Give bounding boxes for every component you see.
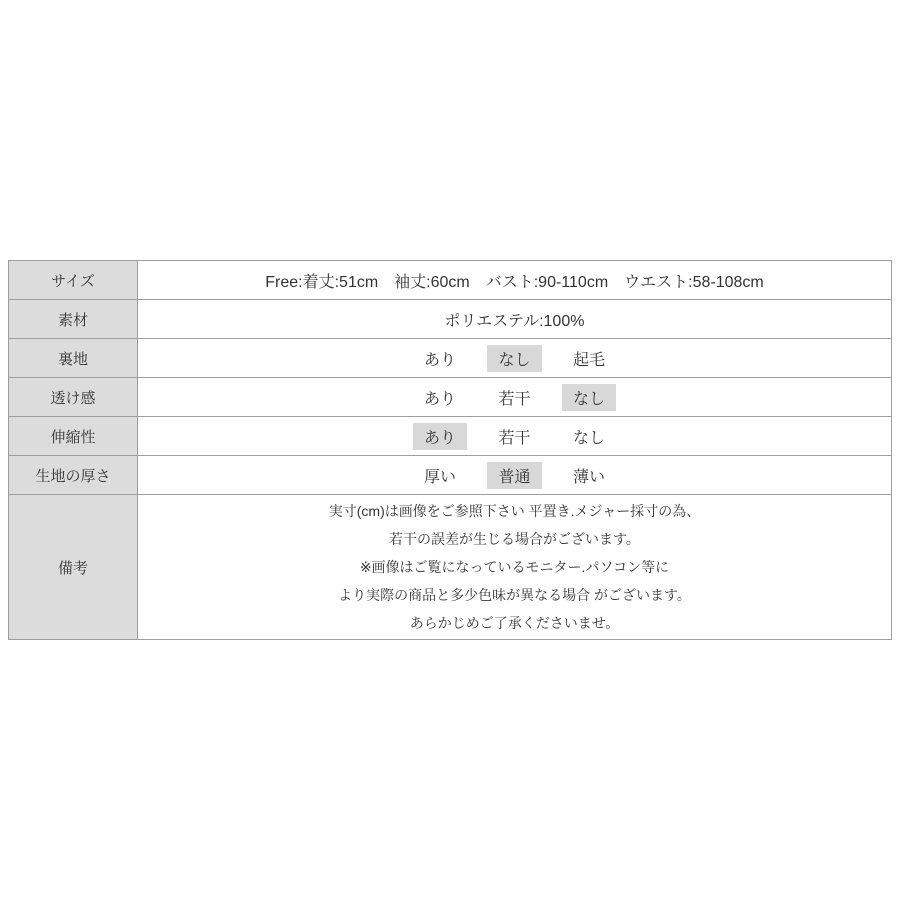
option-pill: 若干: [487, 423, 541, 450]
table-row-sheerness: 透け感 あり 若干 なし: [9, 378, 892, 417]
product-spec-page: サイズ Free:着丈:51cm 袖丈:60cm バスト:90-110cm ウエ…: [0, 0, 900, 900]
notes-line: 若干の誤差が生じる場合がございます。: [138, 525, 891, 553]
size-value-cell: Free:着丈:51cm 袖丈:60cm バスト:90-110cm ウエスト:5…: [138, 261, 892, 300]
table-row-material: 素材 ポリエステル:100%: [9, 300, 892, 339]
option-pill: 普通: [487, 462, 541, 489]
size-value: Free:着丈:51cm 袖丈:60cm バスト:90-110cm ウエスト:5…: [265, 274, 764, 291]
material-value-cell: ポリエステル:100%: [138, 300, 892, 339]
table-row-stretch: 伸縮性 あり 若干 なし: [9, 417, 892, 456]
row-label-notes: 備考: [9, 495, 138, 640]
option-pill: なし: [562, 423, 616, 450]
table-row-size: サイズ Free:着丈:51cm 袖丈:60cm バスト:90-110cm ウエ…: [9, 261, 892, 300]
row-label-material: 素材: [9, 300, 138, 339]
notes-line: より実際の商品と多少色味が異なる場合 がございます。: [138, 581, 891, 609]
row-label-size: サイズ: [9, 261, 138, 300]
option-pill: なし: [562, 384, 616, 411]
notes-line: ※画像はご覧になっているモニター.パソコン等に: [138, 553, 891, 581]
option-pill: 起毛: [562, 345, 616, 372]
option-pill: あり: [413, 345, 467, 372]
sheerness-options-cell: あり 若干 なし: [138, 378, 892, 417]
row-label-stretch: 伸縮性: [9, 417, 138, 456]
thickness-options-cell: 厚い 普通 薄い: [138, 456, 892, 495]
row-label-lining: 裏地: [9, 339, 138, 378]
option-pill: なし: [487, 345, 541, 372]
option-pill: 薄い: [562, 462, 616, 489]
notes-cell: 実寸(cm)は画像をご参照下さい 平置き.メジャー採寸の為、 若干の誤差が生じる…: [138, 495, 892, 640]
table-row-thickness: 生地の厚さ 厚い 普通 薄い: [9, 456, 892, 495]
material-value: ポリエステル:100%: [445, 313, 585, 330]
row-label-sheerness: 透け感: [9, 378, 138, 417]
product-spec-table: サイズ Free:着丈:51cm 袖丈:60cm バスト:90-110cm ウエ…: [8, 260, 892, 640]
stretch-options-cell: あり 若干 なし: [138, 417, 892, 456]
row-label-thickness: 生地の厚さ: [9, 456, 138, 495]
table-row-notes: 備考 実寸(cm)は画像をご参照下さい 平置き.メジャー採寸の為、 若干の誤差が…: [9, 495, 892, 640]
notes-line: 実寸(cm)は画像をご参照下さい 平置き.メジャー採寸の為、: [138, 497, 891, 525]
option-pill: あり: [413, 384, 467, 411]
option-pill: 若干: [487, 384, 541, 411]
lining-options-cell: あり なし 起毛: [138, 339, 892, 378]
option-pill: あり: [413, 423, 467, 450]
option-pill: 厚い: [413, 462, 467, 489]
notes-line: あらかじめご了承くださいませ。: [138, 609, 891, 637]
table-row-lining: 裏地 あり なし 起毛: [9, 339, 892, 378]
